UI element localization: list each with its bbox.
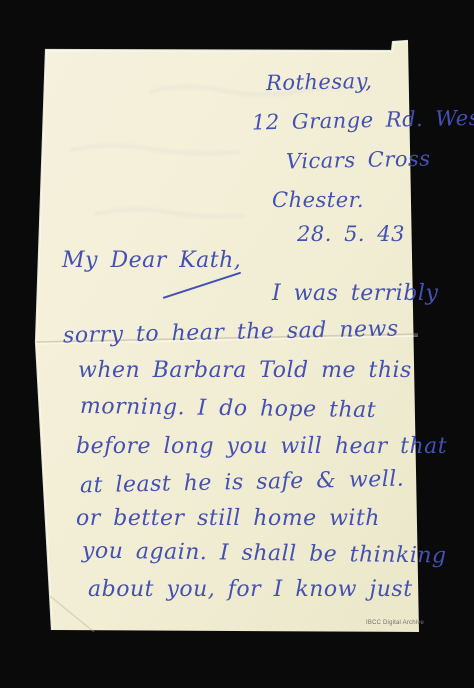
body-line: when Barbara Told me this bbox=[78, 360, 412, 382]
address-line: Rothesay, bbox=[266, 71, 373, 94]
address-line: 12 Grange Rd. West, bbox=[252, 107, 474, 133]
body-line: morning. I do hope that bbox=[80, 396, 376, 422]
body-line: or better still home with bbox=[76, 508, 380, 530]
salutation: My Dear Kath, bbox=[62, 250, 241, 272]
address-line: Vicars Cross bbox=[286, 148, 431, 172]
body-line: I was terribly bbox=[272, 283, 438, 305]
date-line: 28. 5. 43 bbox=[297, 224, 405, 245]
archive-watermark: IBCC Digital Archive bbox=[366, 620, 424, 626]
photo-background: Rothesay, 12 Grange Rd. West, Vicars Cro… bbox=[0, 0, 474, 688]
body-line: before long you will hear that bbox=[76, 436, 447, 458]
body-line: about you, for I know just bbox=[88, 579, 413, 601]
address-line: Chester. bbox=[272, 190, 364, 211]
body-line: you again. I shall be thinking bbox=[82, 540, 447, 567]
